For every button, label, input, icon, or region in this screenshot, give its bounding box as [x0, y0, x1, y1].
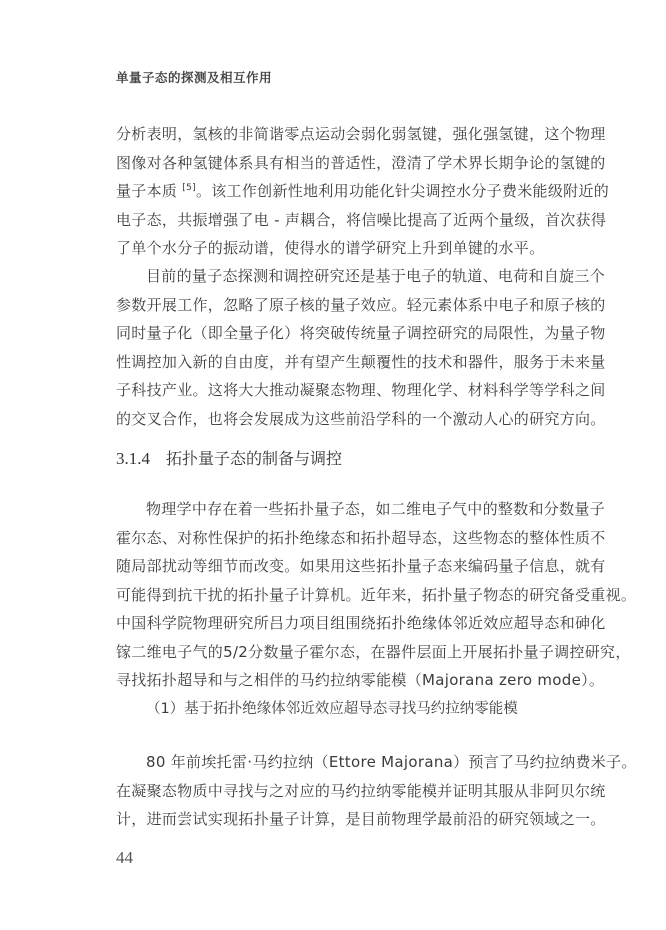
- section-title: 拓扑量子态的制备与调控: [166, 449, 342, 468]
- text-line: 量子本质 [5]。该工作创新性地利用功能化针尖调控水分子费米能级附近的: [116, 177, 546, 206]
- paragraph-4: 80 年前埃托雷·马约拉纳（Ettore Majorana）预言了马约拉纳费米子…: [116, 748, 546, 834]
- text-line: 中国科学院物理研究所吕力项目组围绕拓扑绝缘体邻近效应超导态和砷化: [116, 609, 546, 638]
- text-line: 物理学中存在着一些拓扑量子态，如二维电子气中的整数和分数量子: [116, 495, 546, 524]
- paragraph-1: 分析表明，氢核的非简谐零点运动会弱化弱氢键，强化强氢键，这个物理 图像对各种氢键…: [116, 120, 546, 263]
- text-line: 参数开展工作，忽略了原子核的量子效应。轻元素体系中电子和原子核的: [116, 291, 546, 320]
- running-head: 单量子态的探测及相互作用: [116, 68, 272, 86]
- text-line: 寻找拓扑超导和与之相伴的马约拉纳零能模（Majorana zero mode）。: [116, 666, 546, 695]
- paragraph-3: 物理学中存在着一些拓扑量子态，如二维电子气中的整数和分数量子 霍尔态、对称性保护…: [116, 495, 546, 695]
- subheading: （1）基于拓扑绝缘体邻近效应超导态寻找马约拉纳零能模: [146, 697, 518, 718]
- text-line: 子科技产业。这将大大推动凝聚态物理、物理化学、材料科学等学科之间: [116, 376, 546, 405]
- page-number: 44: [116, 848, 133, 868]
- section-number: 3.1.4: [116, 449, 166, 469]
- text-line: 分析表明，氢核的非简谐零点运动会弱化弱氢键，强化强氢键，这个物理: [116, 120, 546, 149]
- text-line: 霍尔态、对称性保护的拓扑绝缘态和拓扑超导态，这些物态的整体性质不: [116, 524, 546, 553]
- text-line: 在凝聚态物质中寻找与之对应的马约拉纳零能模并证明其服从非阿贝尔统: [116, 777, 546, 806]
- text-line: 同时量子化（即全量子化）将突破传统量子调控研究的局限性，为量子物: [116, 319, 546, 348]
- text-line: 可能得到抗干扰的拓扑量子计算机。近年来，拓扑量子物态的研究备受重视。: [116, 581, 546, 610]
- text-line: 性调控加入新的自由度，并有望产生颠覆性的技术和器件，服务于未来量: [116, 348, 546, 377]
- paragraph-2: 目前的量子态探测和调控研究还是基于电子的轨道、电荷和自旋三个 参数开展工作，忽略…: [116, 262, 546, 433]
- text-line: 目前的量子态探测和调控研究还是基于电子的轨道、电荷和自旋三个: [116, 262, 546, 291]
- text-line: 80 年前埃托雷·马约拉纳（Ettore Majorana）预言了马约拉纳费米子…: [116, 748, 546, 777]
- text-fragment: 。该工作创新性地利用功能化针尖调控水分子费米能级附近的: [196, 182, 609, 200]
- section-heading: 3.1.4拓扑量子态的制备与调控: [116, 446, 342, 469]
- text-fragment: 量子本质: [116, 182, 177, 200]
- text-line: 电子态，共振增强了电 - 声耦合，将信噪比提高了近两个量级，首次获得: [116, 206, 546, 235]
- text-line: 计，进而尝试实现拓扑量子计算，是目前物理学最前沿的研究领域之一。: [116, 805, 546, 834]
- text-line: 图像对各种氢键体系具有相当的普适性，澄清了学术界长期争论的氢键的: [116, 149, 546, 178]
- text-line: 了单个水分子的振动谱，使得水的谱学研究上升到单键的水平。: [116, 234, 546, 263]
- text-line: 镓二维电子气的5/2分数量子霍尔态，在器件层面上开展拓扑量子调控研究，: [116, 638, 546, 667]
- text-line: 的交叉合作，也将会发展成为这些前沿学科的一个激动人心的研究方向。: [116, 405, 546, 434]
- citation[interactable]: [5]: [182, 183, 196, 193]
- text-line: 随局部扰动等细节而改变。如果用这些拓扑量子态来编码量子信息，就有: [116, 552, 546, 581]
